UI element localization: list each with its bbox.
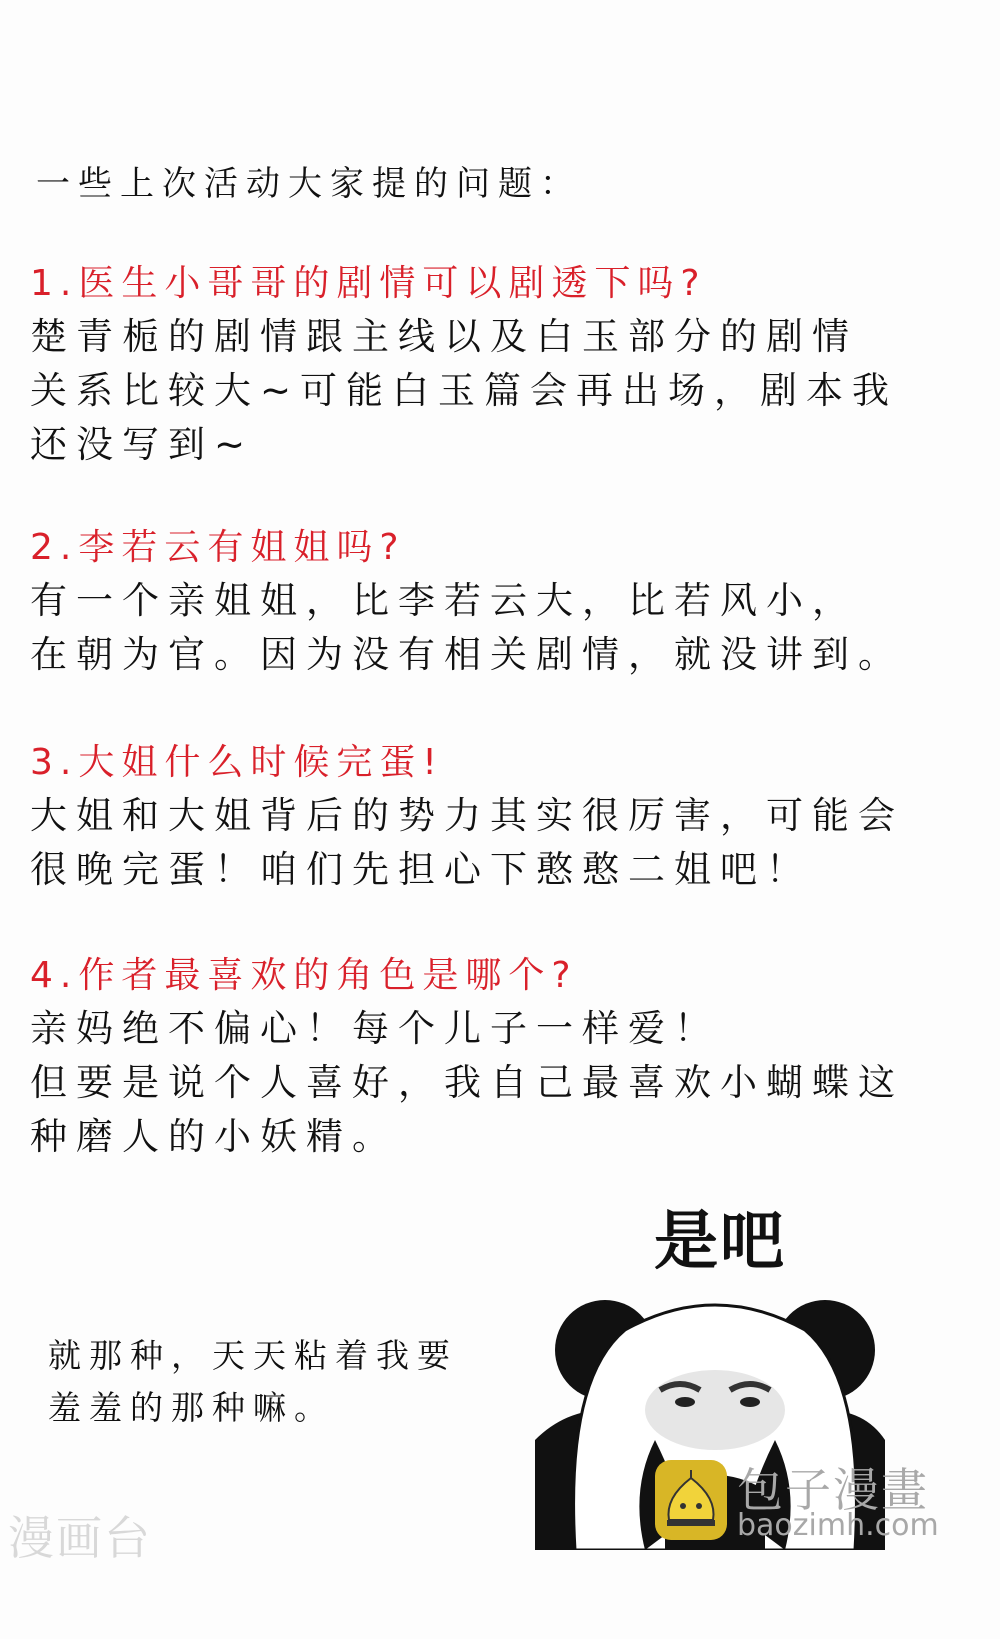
comic-page: 一些上次活动大家提的问题： 1.医生小哥哥的剧情可以剧透下吗? 楚青栀的剧情跟主… [0,0,1000,1639]
meme-caption: 是吧 [560,1190,880,1282]
answer-text: 大姐和大姐背后的势力其实很厉害，可能会 很晚完蛋！咱们先担心下憨憨二姐吧！ [30,789,904,897]
question-text: 3.大姐什么时候完蛋! [30,737,904,789]
qa-item: 1.医生小哥哥的剧情可以剧透下吗? 楚青栀的剧情跟主线以及白玉部分的剧情 关系比… [30,258,898,472]
question-text: 2.李若云有姐姐吗? [30,522,904,574]
meme-side-text: 就那种，天天粘着我要 羞羞的那种嘛。 [48,1330,458,1434]
watermark-manhuatai: 漫画台 [8,1502,152,1568]
intro-heading: 一些上次活动大家提的问题： [36,156,582,205]
question-text: 1.医生小哥哥的剧情可以剧透下吗? [30,258,898,310]
answer-text: 亲妈绝不偏心！每个儿子一样爱！ 但要是说个人喜好，我自己最喜欢小蝴蝶这 种磨人的… [30,1002,904,1164]
watermark-baozimh: 包子漫畫 baozimh.com [655,1460,985,1550]
watermark-baozimh-url: baozimh.com [737,1508,939,1543]
qa-item: 3.大姐什么时候完蛋! 大姐和大姐背后的势力其实很厉害，可能会 很晚完蛋！咱们先… [30,737,904,897]
baozi-logo-icon [655,1460,727,1540]
question-text: 4.作者最喜欢的角色是哪个? [30,950,904,1002]
qa-item: 2.李若云有姐姐吗? 有一个亲姐姐，比李若云大，比若风小， 在朝为官。因为没有相… [30,522,904,682]
qa-item: 4.作者最喜欢的角色是哪个? 亲妈绝不偏心！每个儿子一样爱！ 但要是说个人喜好，… [30,950,904,1164]
answer-text: 楚青栀的剧情跟主线以及白玉部分的剧情 关系比较大~可能白玉篇会再出场，剧本我 还… [30,310,898,472]
answer-text: 有一个亲姐姐，比李若云大，比若风小， 在朝为官。因为没有相关剧情，就没讲到。 [30,574,904,682]
